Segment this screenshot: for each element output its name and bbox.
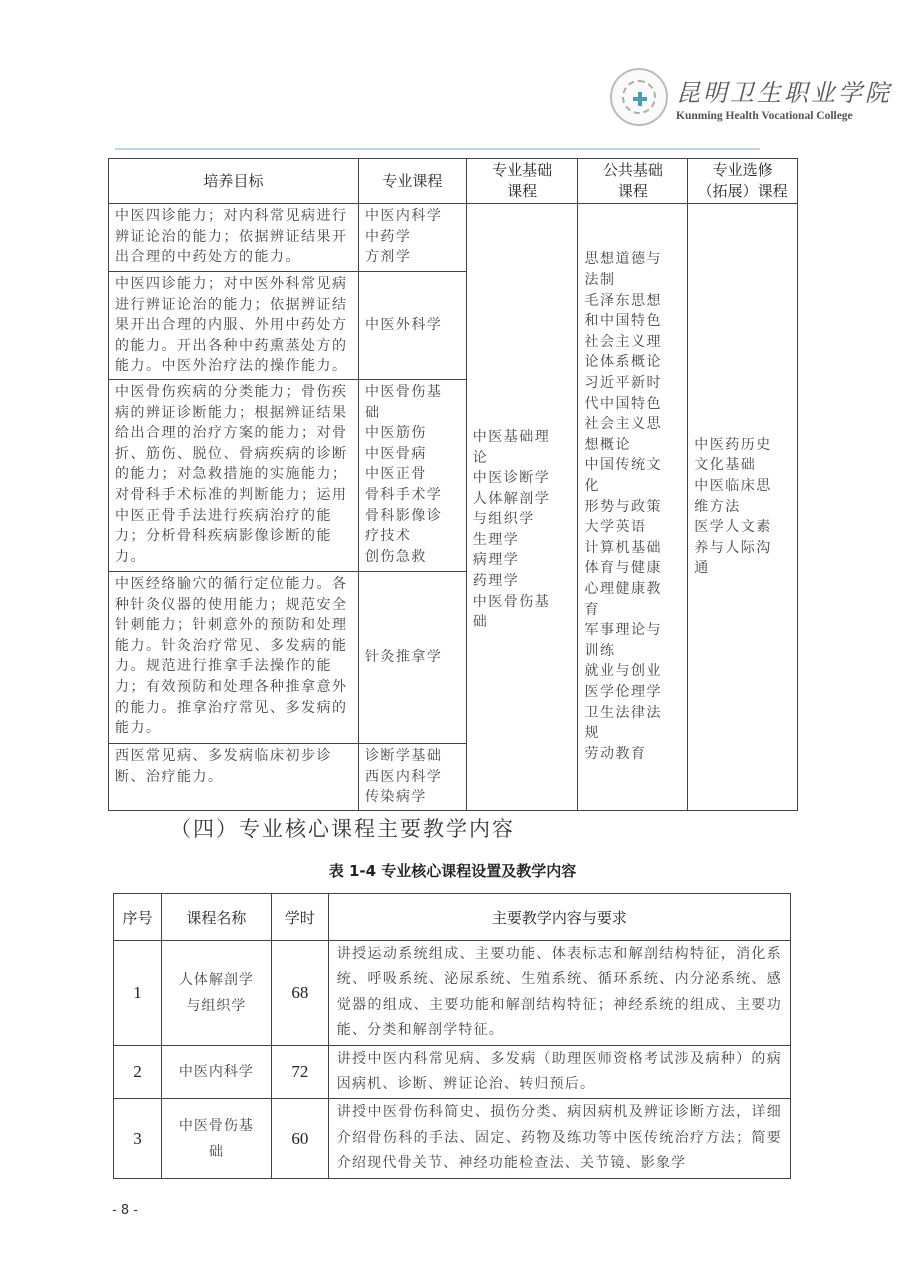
course-hours: 60 [271,1099,328,1178]
cell-line: 断、治疗能力。 [115,767,352,788]
table-header-row: 序号 课程名称 学时 主要教学内容与要求 [114,894,791,941]
cell-line: 骨科影像诊 [365,506,460,527]
cell-line: 能力。 [115,718,352,739]
cell-line: 和中国特色 [584,311,681,332]
table-row: 3 中医骨伤基础 60 讲授中医骨伤科简史、损伤分类、病因病机及辨证诊断方法，详… [114,1099,791,1178]
training-goals-table: 培养目标 专业课程 专业基础课程 公共基础课程 专业选修（拓展）课程 中医四诊能… [108,158,798,811]
course-cell: 中医骨伤基础中医筋伤中医骨病中医正骨骨科手术学骨科影像诊疗技术创伤急救 [358,379,466,571]
course-cell: 针灸推拿学 [358,571,466,743]
cell-line: 人体解剖学 [473,489,572,510]
cell-line: 与组织学 [162,993,271,1019]
cell-line: 化 [584,476,681,497]
table-header-row: 培养目标 专业课程 专业基础课程 公共基础课程 专业选修（拓展）课程 [109,159,798,204]
cell-line: 针灸推拿学 [365,647,460,668]
cell-line: 中国传统文 [584,455,681,476]
cell-line: 础 [365,403,460,424]
cell-line: 心理健康教 [584,579,681,600]
course-hours: 68 [271,941,328,1046]
cell-line: 的能力。推拿治疗常见、多发病的 [115,698,352,719]
cell-line: 就业与创业 [584,661,681,682]
page-number: - 8 - [112,1203,138,1218]
cell-line: 力；有效预防和处理各种推拿意外 [115,677,352,698]
header-line: 专业基础 [467,160,578,181]
course-name: 中医内科学 [161,1045,271,1099]
cell-line: 病的辨证诊断能力；根据辨证结果 [115,403,352,424]
course-cell: 中医内科学中药学方剂学 [358,204,466,272]
cell-line: 习近平新时 [584,373,681,394]
cell-line: 的能力；对急救措施的实施能力； [115,464,352,485]
course-content: 讲授中医内科常见病、多发病（助理医师资格考试涉及病种）的病因病机、诊断、辨证论治… [328,1045,790,1099]
cell-line: 创伤急救 [365,547,460,568]
header-training-goal: 培养目标 [109,159,359,204]
cell-line: 力。 [115,547,352,568]
cell-line: 中医四诊能力；对内科常见病进行 [115,206,352,227]
cell-line: 西医内科学 [365,767,460,788]
cell-line: 中医经络腧穴的循行定位能力。各 [115,574,352,595]
cell-line: 与组织学 [473,509,572,530]
header-major-courses: 专业课程 [358,159,466,204]
table-row: 2 中医内科学 72 讲授中医内科常见病、多发病（助理医师资格考试涉及病种）的病… [114,1045,791,1099]
core-courses-table: 序号 课程名称 学时 主要教学内容与要求 1 人体解剖学与组织学 68 讲授运动… [113,893,791,1179]
cell-line: 中医基础理 [473,427,572,448]
cell-line: 中医内科学 [162,1059,271,1085]
cell-line: 社会主义理 [584,332,681,353]
cell-line: 中医筋伤 [365,423,460,444]
course-index: 1 [114,941,162,1046]
cell-line: 中医骨伤基 [365,382,460,403]
cell-line: 西医常见病、多发病临床初步诊 [115,746,352,767]
cell-line: 力；分析骨科疾病影像诊断的能 [115,526,352,547]
cell-line: 法制 [584,270,681,291]
cell-line: 中医外科学 [365,315,460,336]
cell-line: 形势与政策 [584,497,681,518]
header-divider [115,148,760,150]
cell-line: 中医骨病 [365,444,460,465]
cell-line: 础 [162,1139,271,1165]
cell-line: 药理学 [473,571,572,592]
course-content: 讲授中医骨伤科简史、损伤分类、病因病机及辨证诊断方法，详细介绍骨伤科的手法、固定… [328,1099,790,1178]
header-public-courses: 公共基础课程 [578,159,688,204]
cell-line: 中医四诊能力；对中医外科常见病 [115,274,352,295]
cell-line: 中医药历史 [694,435,791,456]
cell-line: 疗技术 [365,526,460,547]
cell-line: 想概论 [584,435,681,456]
section-title: （四）专业核心课程主要教学内容 [170,813,515,843]
basic-courses-cell: 中医基础理论中医诊断学人体解剖学与组织学生理学病理学药理学中医骨伤基础 [466,204,578,811]
cell-line: 中医诊断学 [473,468,572,489]
goal-cell: 中医骨伤疾病的分类能力；骨伤疾病的辨证诊断能力；根据辨证结果给出合理的治疗方案的… [109,379,359,571]
goal-cell: 中医四诊能力；对内科常见病进行辨证论治的能力；依据辨证结果开出合理的中药处方的能… [109,204,359,272]
cell-line: 育 [584,600,681,621]
cell-line: 人体解剖学 [162,967,271,993]
table-row: 1 人体解剖学与组织学 68 讲授运动系统组成、主要功能、体表标志和解剖结构特征… [114,941,791,1046]
course-name: 人体解剖学与组织学 [161,941,271,1046]
header-line: （拓展）课程 [688,181,797,202]
cell-line: 果开出合理的内服、外用中药处方 [115,315,352,336]
goal-cell: 中医经络腧穴的循行定位能力。各种针灸仪器的使用能力；规范安全针刺能力；针刺意外的… [109,571,359,743]
cell-line: 养与人际沟 [694,538,791,559]
course-hours: 72 [271,1045,328,1099]
header-line: 课程 [467,181,578,202]
cell-line: 给出合理的治疗方案的能力；对骨 [115,423,352,444]
cell-line: 卫生法律法 [584,703,681,724]
goal-cell: 西医常见病、多发病临床初步诊断、治疗能力。 [109,743,359,810]
course-index: 3 [114,1099,162,1178]
cell-line: 础 [473,612,572,633]
header-line: 专业选修 [688,160,797,181]
cell-line: 传染病学 [365,787,460,808]
cell-line: 大学英语 [584,517,681,538]
goal-cell: 中医四诊能力；对中医外科常见病进行辨证论治的能力；依据辨证结果开出合理的内服、外… [109,272,359,380]
cell-line: 中医正骨手法进行疾病治疗的能 [115,506,352,527]
public-courses-cell: 思想道德与法制毛泽东思想和中国特色社会主义理论体系概论习近平新时代中国特色社会主… [578,204,688,811]
cell-line: 对骨科手术标准的判断能力；运用 [115,485,352,506]
cell-line: 社会主义思 [584,414,681,435]
cell-line: 中医临床思 [694,476,791,497]
cell-line: 方剂学 [365,247,460,268]
cell-line: 中医骨伤基 [473,592,572,613]
header-content: 主要教学内容与要求 [328,894,790,941]
cell-line: 计算机基础 [584,538,681,559]
college-seal-icon [610,68,668,126]
cell-line: 病理学 [473,550,572,571]
cell-line: 体育与健康 [584,558,681,579]
cell-line: 中医正骨 [365,464,460,485]
cell-line: 医学伦理学 [584,682,681,703]
course-name: 中医骨伤基础 [161,1099,271,1178]
cell-line: 医学人文素 [694,517,791,538]
cell-line: 诊断学基础 [365,746,460,767]
cell-line: 通 [694,558,791,579]
cell-line: 的能力。开出各种中药熏蒸处方的 [115,336,352,357]
cell-line: 维方法 [694,497,791,518]
college-name-en: Kunming Health Vocational College [676,110,892,122]
college-name-cn: 昆明卫生职业学院 [676,73,892,108]
cell-line: 出合理的中药处方的能力。 [115,247,352,268]
cell-line: 训练 [584,641,681,662]
cell-line: 骨科手术学 [365,485,460,506]
cell-line: 中医骨伤疾病的分类能力；骨伤疾 [115,382,352,403]
course-cell: 中医外科学 [358,272,466,380]
cell-line: 折、筋伤、脱位、骨病疾病的诊断 [115,444,352,465]
cell-line: 思想道德与 [584,249,681,270]
table-row: 中医四诊能力；对内科常见病进行辨证论治的能力；依据辨证结果开出合理的中药处方的能… [109,204,798,272]
cell-line: 能力。针灸治疗常见、多发病的能 [115,636,352,657]
table-caption: 表 1-4 专业核心课程设置及教学内容 [0,860,905,881]
cell-line: 辨证论治的能力；依据辨证结果开 [115,227,352,248]
cell-line: 针刺能力；针刺意外的预防和处理 [115,615,352,636]
cell-line: 生理学 [473,530,572,551]
cell-line: 进行辨证论治的能力；依据辨证结 [115,295,352,316]
course-index: 2 [114,1045,162,1099]
cell-line: 力。规范进行推拿手法操作的能 [115,656,352,677]
cell-line: 规 [584,723,681,744]
cell-line: 论体系概论 [584,352,681,373]
college-logo: 昆明卫生职业学院 Kunming Health Vocational Colle… [610,68,892,126]
course-content: 讲授运动系统组成、主要功能、体表标志和解剖结构特征，消化系统、呼吸系统、泌尿系统… [328,941,790,1046]
header-course-name: 课程名称 [161,894,271,941]
header-index: 序号 [114,894,162,941]
header-line: 课程 [578,181,687,202]
cell-line: 中药学 [365,227,460,248]
cell-line: 中医骨伤基 [162,1113,271,1139]
header-elective-courses: 专业选修（拓展）课程 [688,159,798,204]
cell-line: 文化基础 [694,455,791,476]
cell-line: 军事理论与 [584,620,681,641]
header-line: 公共基础 [578,160,687,181]
course-cell: 诊断学基础西医内科学传染病学 [358,743,466,810]
cell-line: 论 [473,448,572,469]
header-hours: 学时 [271,894,328,941]
elective-courses-cell: 中医药历史文化基础中医临床思维方法医学人文素养与人际沟通 [688,204,798,811]
cell-line: 中医内科学 [365,206,460,227]
cell-line: 毛泽东思想 [584,291,681,312]
header-basic-courses: 专业基础课程 [466,159,578,204]
page-header: 昆明卫生职业学院 Kunming Health Vocational Colle… [0,0,905,150]
cell-line: 种针灸仪器的使用能力；规范安全 [115,595,352,616]
cell-line: 代中国特色 [584,394,681,415]
cell-line: 劳动教育 [584,744,681,765]
cell-line: 能力。中医外治疗法的操作能力。 [115,356,352,377]
